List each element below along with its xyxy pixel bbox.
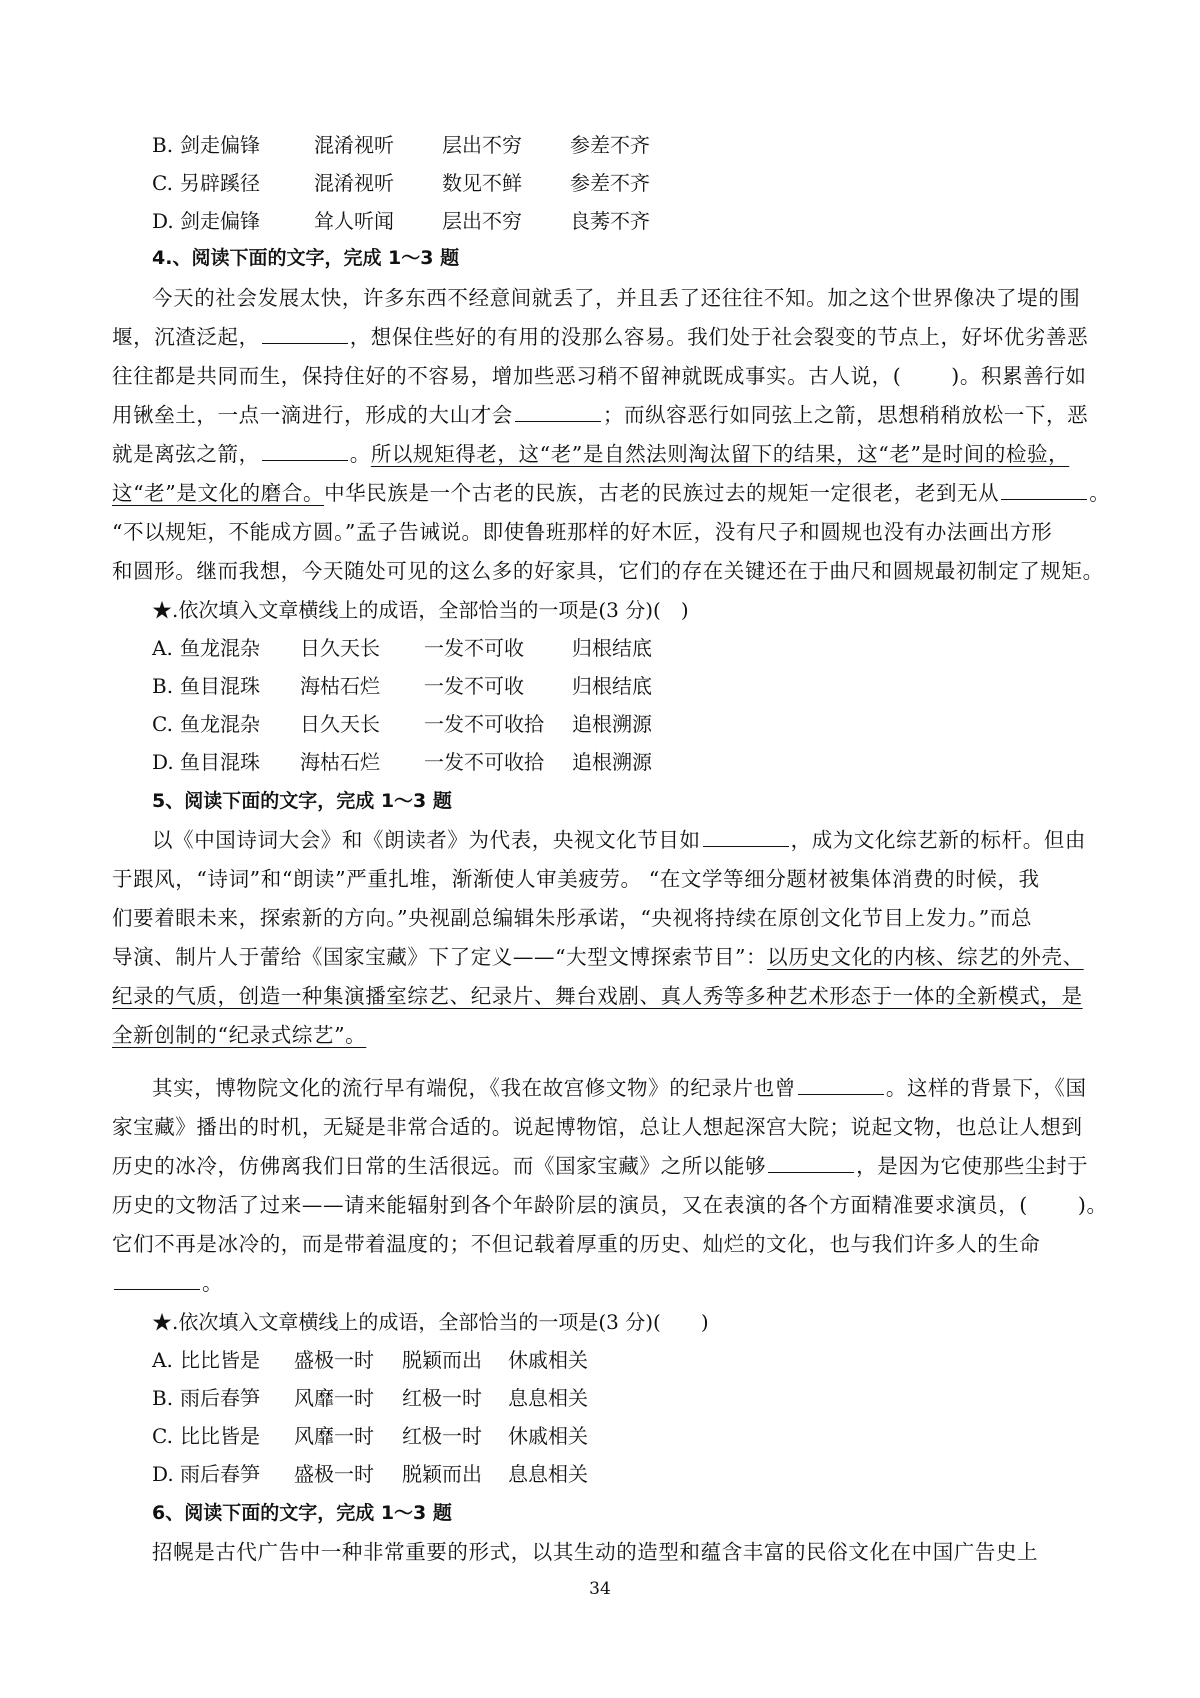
q5-option-b-item-2: 风靡一时 [294, 1383, 374, 1413]
q4-line-1: 今天的社会发展太快，许多东西不经意间就丢了，并且丢了还往往不知。加之这个世界像决… [152, 283, 1102, 313]
q3-option-b: B. [152, 130, 173, 160]
fill-blank-4[interactable] [1001, 479, 1087, 500]
q3-option-c-item-3: 数见不鲜 [442, 168, 522, 198]
q5-option-b-label: B. [152, 1383, 173, 1413]
q4-line-5: 就是离弦之箭，。所以规矩得老，这“老”是自然法则淘汰留下的结果，这“老”是时间的… [112, 439, 1102, 469]
q4-option-c-label: C. [152, 709, 173, 739]
q4-option-b-label: B. [152, 671, 173, 701]
q5-option-a-label: A. [152, 1345, 173, 1375]
fill-blank-4[interactable] [114, 1269, 200, 1290]
q5-option-d-item-3: 脱颖而出 [402, 1459, 482, 1489]
q5-option-a-item-3: 脱颖而出 [402, 1345, 482, 1375]
q4-line-8: 和圆形。继而我想，今天随处可见的这么多的好家具，它们的存在关键还在于曲尺和圆规最… [112, 556, 1102, 586]
q5-option-a-item-2: 盛极一时 [294, 1345, 374, 1375]
q5-option-a-item-1: 比比皆是 [180, 1345, 260, 1375]
q4-option-a-item-3: 一发不可收 [424, 633, 524, 663]
q5-line-2: 于跟风，“诗词”和“朗读”严重扎堆，渐渐使人审美疲劳。 “在文学等细分题材被集体… [112, 864, 1102, 894]
q4-question: ★.依次填入文章横线上的成语，全部恰当的一项是(3 分)( ) [152, 595, 689, 625]
q5-option-d-item-1: 雨后春笋 [180, 1459, 260, 1489]
q5-line-6: 全新创制的“纪录式综艺”。 [112, 1020, 1102, 1050]
q3-option-b-item-2: 混淆视听 [314, 130, 394, 160]
q4-option-a-label: A. [152, 633, 173, 663]
q4-line-4: 用锹垒土，一点一滴进行，形成的大山才会；而纵容恶行如同弦上之箭，思想稍稍放松一下… [112, 400, 1102, 430]
q5-option-a-item-4: 休戚相关 [508, 1345, 588, 1375]
q3-option-d-item-2: 耸人听闻 [314, 206, 394, 236]
q4-option-d-label: D. [152, 747, 174, 777]
q5-line-7: 其实，博物院文化的流行早有端倪，《我在故宫修文物》的纪录片也曾。这样的背景下，《… [152, 1073, 1102, 1103]
q5-line-11: 它们不再是冰冷的，而是带着温度的；不但记载着厚重的历史、灿烂的文化，也与我们许多… [112, 1229, 1102, 1259]
option-label: B. [152, 133, 173, 157]
q3-option-b-item-1: 剑走偏锋 [180, 130, 260, 160]
fill-blank-2[interactable] [798, 1074, 884, 1095]
underlined-sentence: 以历史文化的内核、综艺的外壳、 [767, 945, 1084, 969]
q4-line-6: 这“老”是文化的磨合。中华民族是一个古老的民族，古老的民族过去的规矩一定很老，老… [112, 478, 1102, 508]
q4-option-c-item-1: 鱼龙混杂 [180, 709, 260, 739]
q4-option-b-item-3: 一发不可收 [424, 671, 524, 701]
fill-blank-1[interactable] [262, 323, 348, 344]
q4-line-3: 往往都是共同而生，保持住好的不容易，增加些恶习稍不留神就既成事实。古人说，()。… [112, 361, 1102, 391]
q4-option-b-item-1: 鱼目混珠 [180, 671, 260, 701]
q5-option-c-label: C. [152, 1421, 173, 1451]
q5-option-c-item-4: 休戚相关 [508, 1421, 588, 1451]
q3-option-c-item-4: 参差不齐 [570, 168, 650, 198]
q5-line-10: 历史的文物活了过来——请来能辐射到各个年龄阶层的演员，又在表演的各个方面精准要求… [112, 1190, 1102, 1220]
q3-option-b-item-3: 层出不穷 [442, 130, 522, 160]
q5-option-b-item-3: 红极一时 [402, 1383, 482, 1413]
q4-option-a-item-2: 日久天长 [300, 633, 380, 663]
q5-option-b-item-4: 息息相关 [508, 1383, 588, 1413]
underlined-sentence: 所以规矩得老，这“老”是自然法则淘汰留下的结果，这“老”是时间的检验， [371, 442, 1069, 466]
fill-blank-2[interactable] [515, 401, 601, 422]
q5-option-c-item-3: 红极一时 [402, 1421, 482, 1451]
q6-line-1: 招幌是古代广告中一种非常重要的形式，以其生动的造型和蕴含丰富的民俗文化在中国广告… [152, 1537, 1102, 1567]
underlined-sentence: 全新创制的“纪录式综艺”。 [112, 1023, 366, 1047]
q5-heading: 5、阅读下面的文字，完成 1～3 题 [152, 786, 452, 816]
q5-line-5: 纪录的气质，创造一种集演播室综艺、纪录片、舞台戏剧、真人秀等多种艺术形态于一体的… [112, 981, 1102, 1011]
q5-option-d-item-2: 盛极一时 [294, 1459, 374, 1489]
q3-option-c-item-2: 混淆视听 [314, 168, 394, 198]
q4-option-d-item-4: 追根溯源 [572, 747, 652, 777]
q3-option-d-label: D. [152, 206, 174, 236]
fill-blank-1[interactable] [703, 826, 789, 847]
q5-question: ★.依次填入文章横线上的成语，全部恰当的一项是(3 分)( ) [152, 1307, 709, 1337]
q4-line-7: “不以规矩，不能成方圆。”孟子告诫说。即使鲁班那样的好木匠，没有尺子和圆规也没有… [112, 517, 1102, 547]
q5-line-12: 。 [112, 1268, 1102, 1298]
q3-option-c-label: C. [152, 168, 173, 198]
q4-option-a-item-1: 鱼龙混杂 [180, 633, 260, 663]
q4-option-c-item-3: 一发不可收拾 [424, 709, 544, 739]
underlined-sentence: 纪录的气质，创造一种集演播室综艺、纪录片、舞台戏剧、真人秀等多种艺术形态于一体的… [112, 984, 1083, 1008]
q3-option-d-item-4: 良莠不齐 [570, 206, 650, 236]
fill-blank-3[interactable] [262, 440, 348, 461]
q4-option-b-item-4: 归根结底 [572, 671, 652, 701]
q5-option-c-item-1: 比比皆是 [180, 1421, 260, 1451]
q5-option-c-item-2: 风靡一时 [294, 1421, 374, 1451]
q5-option-d-item-4: 息息相关 [508, 1459, 588, 1489]
q3-option-c-item-1: 另辟蹊径 [180, 168, 260, 198]
q5-option-b-item-1: 雨后春笋 [180, 1383, 260, 1413]
q4-option-a-item-4: 归根结底 [572, 633, 652, 663]
page-number: 34 [0, 1579, 1200, 1599]
q5-line-4: 导演、制片人于蕾给《国家宝藏》下了定义——“大型文博探索节目”：以历史文化的内核… [112, 942, 1102, 972]
q3-option-d-item-3: 层出不穷 [442, 206, 522, 236]
q5-line-9: 历史的冰冷，仿佛离我们日常的生活很远。而《国家宝藏》之所以能够，是因为它使那些尘… [112, 1151, 1102, 1181]
q4-option-c-item-4: 追根溯源 [572, 709, 652, 739]
q4-option-b-item-2: 海枯石烂 [300, 671, 380, 701]
q6-heading: 6、阅读下面的文字，完成 1～3 题 [152, 1498, 452, 1528]
q4-line-2: 堰，沉渣泛起，，想保住些好的有用的没那么容易。我们处于社会裂变的节点上，好坏优劣… [112, 322, 1102, 352]
q4-heading: 4.、阅读下面的文字，完成 1～3 题 [152, 243, 459, 273]
exam-page: B. 剑走偏锋 混淆视听 层出不穷 参差不齐 C. 另辟蹊径 混淆视听 数见不鲜… [0, 0, 1200, 1698]
underlined-sentence: 这“老”是文化的磨合。 [112, 481, 324, 505]
q4-option-d-item-2: 海枯石烂 [300, 747, 380, 777]
q5-option-d-label: D. [152, 1459, 174, 1489]
q4-option-d-item-3: 一发不可收拾 [424, 747, 544, 777]
q4-option-c-item-2: 日久天长 [300, 709, 380, 739]
q3-option-b-item-4: 参差不齐 [570, 130, 650, 160]
fill-blank-3[interactable] [768, 1152, 854, 1173]
q5-line-3: 们要着眼未来，探索新的方向。”央视副总编辑朱彤承诺，“央视将持续在原创文化节目上… [112, 903, 1102, 933]
q3-option-d-item-1: 剑走偏锋 [180, 206, 260, 236]
q4-option-d-item-1: 鱼目混珠 [180, 747, 260, 777]
q5-line-1: 以《中国诗词大会》和《朗读者》为代表，央视文化节目如，成为文化综艺新的标杆。但由 [152, 825, 1102, 855]
q5-line-8: 家宝藏》播出的时机，无疑是非常合适的。说起博物馆，总让人想起深宫大院；说起文物，… [112, 1112, 1102, 1142]
